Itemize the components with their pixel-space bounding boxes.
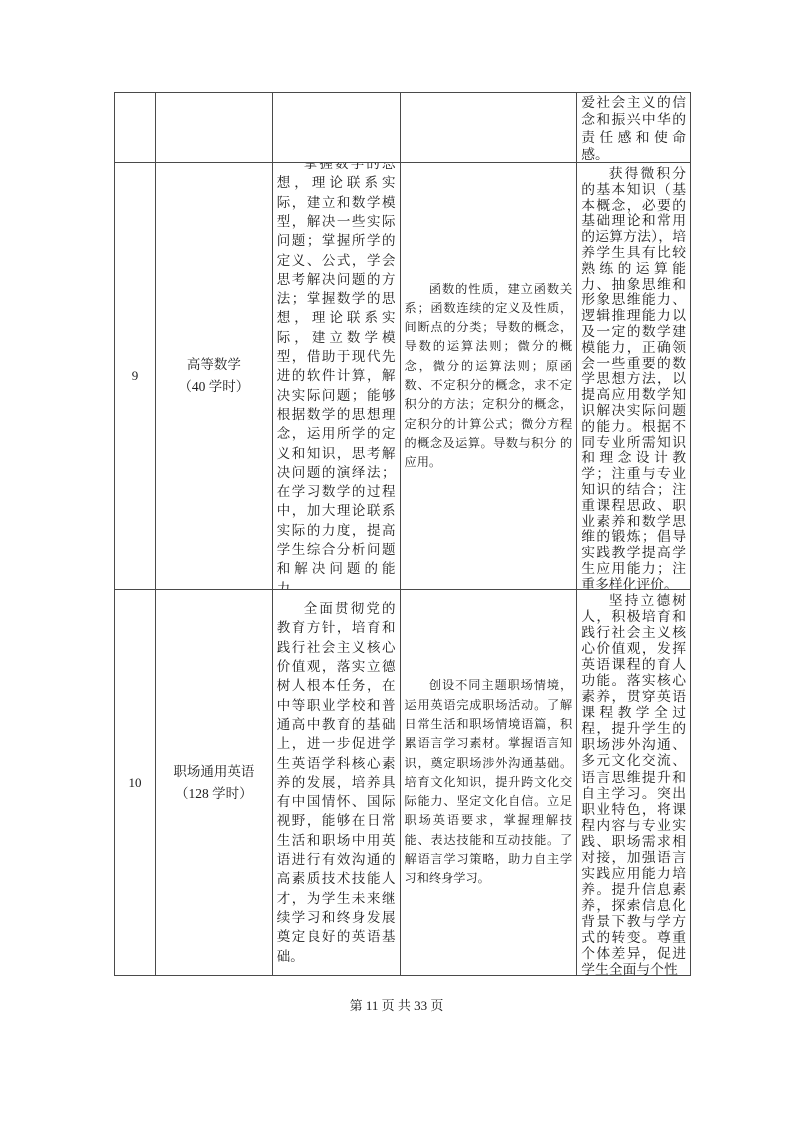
cell-requirements: 坚持立德树人，积极培育和践行社会主义核心价值观，发挥英语课程的育人功能。落实核心… xyxy=(577,590,691,976)
cell-course-name: 高等数学 （40 学时） xyxy=(156,163,273,590)
table-row: 9 高等数学 （40 学时） 掌握数学的思想，理论联系实际，建立和数学模型，解决… xyxy=(115,163,691,590)
cell-row-index: 9 xyxy=(115,163,156,590)
document-page: 爱社会主义的信念和振兴中华的责任感和使命感。 9 高等数学 （40 学时） 掌握… xyxy=(0,0,793,1122)
cell-course-empty xyxy=(156,93,273,163)
cell-requirements-tail: 爱社会主义的信念和振兴中华的责任感和使命感。 xyxy=(577,93,691,163)
content-text: 函数的性质，建立函数关系；函数连续的定义及性质，间断点的分类；导数的概念，导数的… xyxy=(405,280,573,473)
cell-objectives-empty xyxy=(273,93,401,163)
cell-content-empty xyxy=(401,93,578,163)
course-hours: （40 学时） xyxy=(178,376,249,398)
cell-content: 函数的性质，建立函数关系；函数连续的定义及性质，间断点的分类；导数的概念，导数的… xyxy=(401,163,578,590)
objectives-text: 全面贯彻党的教育方针，培育和践行社会主义核心价值观，落实立德树人根本任务，在中等… xyxy=(277,599,396,966)
cell-content: 创设不同主题职场情境，运用英语完成职场活动。了解日常生活和职场情境语篇，积累语言… xyxy=(401,590,578,976)
objectives-text: 掌握数学的思想，理论联系实际，建立和数学模型，解决一些实际问题；掌握所学的定义、… xyxy=(277,163,396,590)
requirements-text: 坚持立德树人，积极培育和践行社会主义核心价值观，发挥英语课程的育人功能。落实核心… xyxy=(581,593,686,976)
content-text: 创设不同主题职场情境，运用英语完成职场活动。了解日常生活和职场情境语篇，积累语言… xyxy=(405,676,573,888)
cell-index-empty xyxy=(115,93,156,163)
cell-row-index: 10 xyxy=(115,590,156,976)
table-row: 10 职场通用英语 （128 学时） 全面贯彻党的教育方针，培育和践行社会主义核… xyxy=(115,590,691,976)
course-name: 高等数学 xyxy=(187,354,241,376)
cell-objectives: 掌握数学的思想，理论联系实际，建立和数学模型，解决一些实际问题；掌握所学的定义、… xyxy=(273,163,401,590)
cell-objectives: 全面贯彻党的教育方针，培育和践行社会主义核心价值观，落实立德树人根本任务，在中等… xyxy=(273,590,401,976)
row-index: 9 xyxy=(132,368,139,384)
cell-requirements: 获得微积分的基本知识（基本概念，必要的基础理论和常用的运算方法），培养学生具有比… xyxy=(577,163,691,590)
course-hours: （128 学时） xyxy=(175,783,253,805)
course-table: 爱社会主义的信念和振兴中华的责任感和使命感。 9 高等数学 （40 学时） 掌握… xyxy=(114,92,691,976)
table-row-continuation: 爱社会主义的信念和振兴中华的责任感和使命感。 xyxy=(115,93,691,163)
requirements-tail-text: 爱社会主义的信念和振兴中华的责任感和使命感。 xyxy=(581,94,686,163)
course-name: 职场通用英语 xyxy=(173,761,254,783)
row-index: 10 xyxy=(128,775,141,791)
cell-course-name: 职场通用英语 （128 学时） xyxy=(156,590,273,976)
page-number-footer: 第 11 页 共 33 页 xyxy=(0,995,793,1014)
requirements-text: 获得微积分的基本知识（基本概念，必要的基础理论和常用的运算方法），培养学生具有比… xyxy=(581,166,686,590)
